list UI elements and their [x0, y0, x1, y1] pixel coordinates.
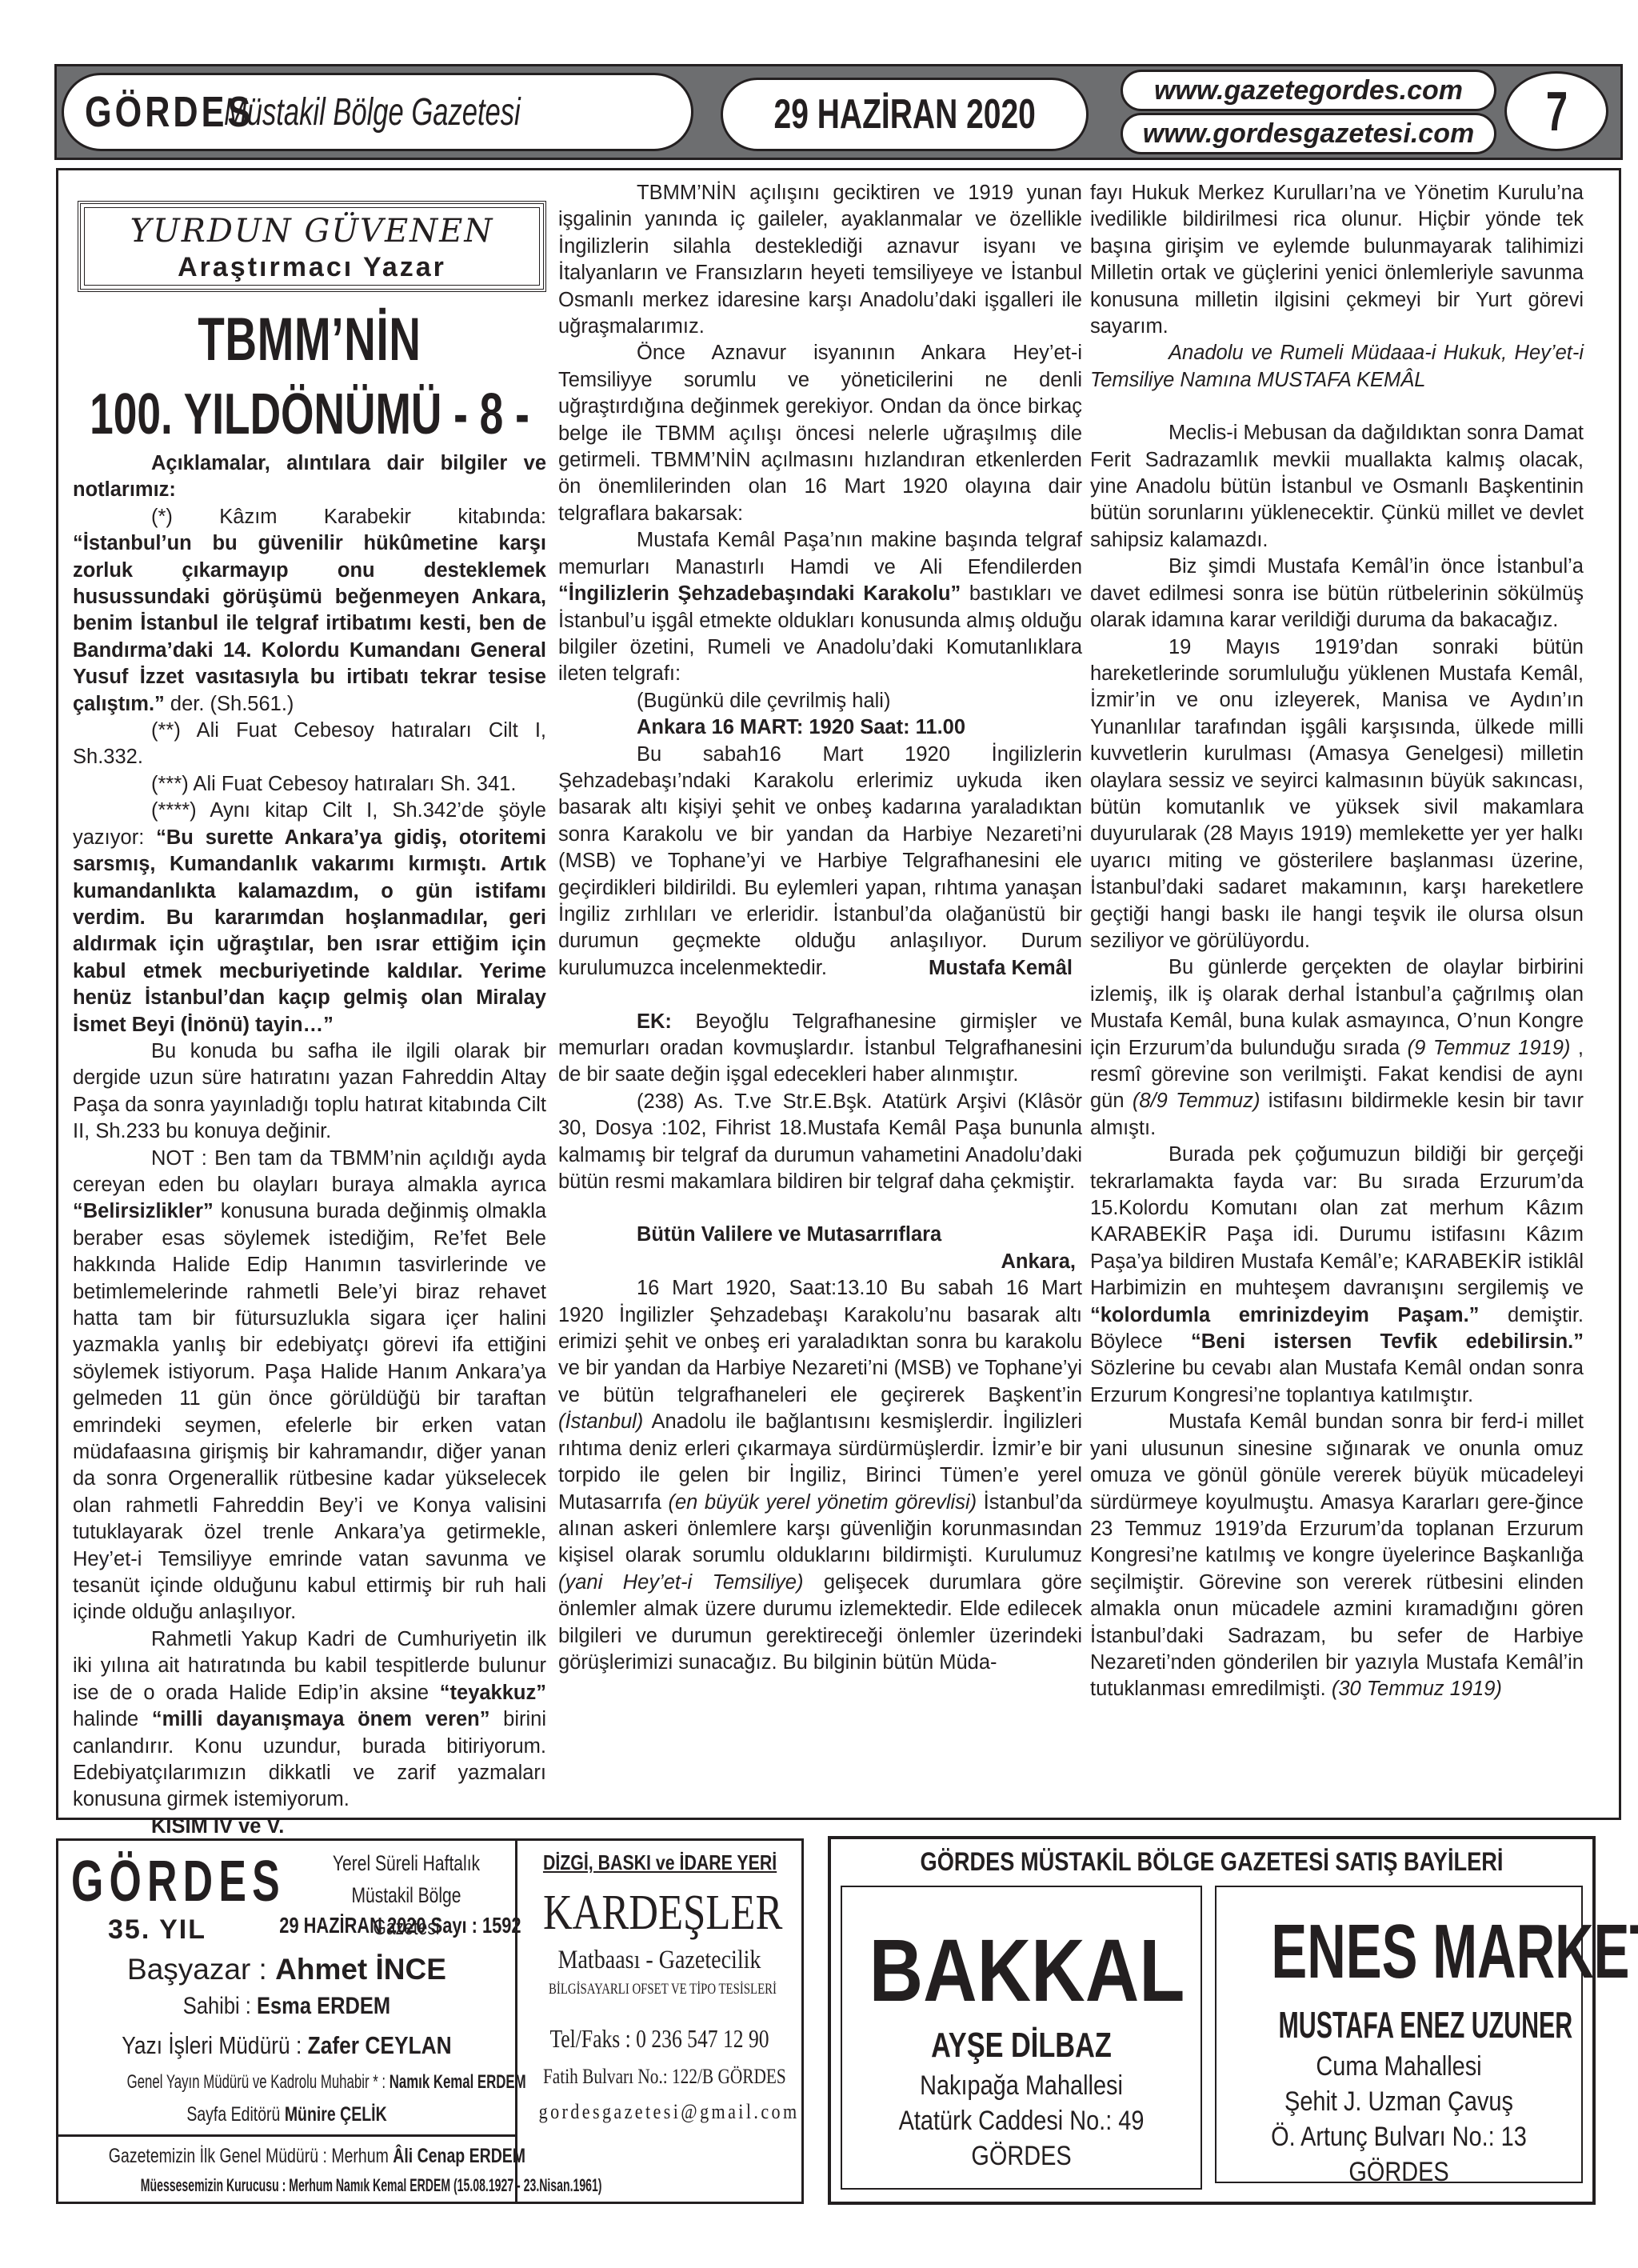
- dealer-card: BAKKAL AYŞE DİLBAZ Nakıpağa Mahallesi At…: [841, 1886, 1202, 2190]
- imprint-general-manager: Genel Yayın Müdürü ve Kadrolu Muhabir * …: [127, 2071, 447, 2094]
- printer-name: KARDEŞLER: [543, 1883, 776, 1942]
- page-number-text: 7: [1545, 79, 1567, 143]
- printer-box: DİZGİ, BASKI ve İDARE YERİ KARDEŞLER Mat…: [517, 1838, 804, 2204]
- dealer-address-line: GÖRDES: [1244, 2154, 1554, 2190]
- issue-date-text: 29 HAZİRAN 2020: [773, 90, 1035, 138]
- paragraph: Burada pek çoğumuzun bildiği bir gerçeği…: [1090, 1142, 1584, 1409]
- column-subtitle: Araştırmacı Yazar: [81, 252, 543, 282]
- paragraph: fayı Hukuk Merkez Kurulları’na ve Yöneti…: [1090, 180, 1584, 340]
- paragraph: (238) As. T.ve Str.E.Bşk. Atatürk Arşivi…: [558, 1089, 1082, 1196]
- dealer-name: ENES MARKET: [1271, 1908, 1526, 1996]
- paragraph: EK: Beyoğlu Telgrafhanesine girmişler ve…: [558, 1009, 1082, 1089]
- paragraph: 19 Mayıs 1919’dan sonraki bütün hareketl…: [1090, 634, 1584, 955]
- dealers-box: GÖRDES MÜSTAKİL BÖLGE GAZETESİ SATIŞ BAY…: [828, 1836, 1596, 2205]
- website-2-text[interactable]: www.gordesgazetesi.com: [1143, 118, 1474, 150]
- imprint-page-editor: Sayfa Editörü Münire ÇELİK: [109, 2103, 465, 2126]
- article-column-middle: TBMM’NİN açılışını geciktiren ve 1919 yu…: [558, 180, 1082, 1676]
- printer-phone: Tel/Faks : 0 236 547 12 90: [546, 2021, 773, 2056]
- paragraph: Mustafa Kemâl bundan sonra bir ferd-i mi…: [1090, 1409, 1584, 1702]
- column-header-box: YURDUN GÜVENEN Araştırmacı Yazar: [78, 201, 546, 292]
- imprint-brand: GÖRDES: [71, 1849, 286, 1914]
- dealer-address-line: Atatürk Caddesi No.: 49: [869, 2103, 1174, 2138]
- divider: [58, 2134, 515, 2137]
- article-column-left: YURDUN GÜVENEN Araştırmacı Yazar TBMM’Nİ…: [73, 180, 546, 1840]
- paragraph: Rahmetli Yakup Kadri de Cumhuriyetin ilk…: [73, 1626, 546, 1814]
- column-title: YURDUN GÜVENEN: [81, 210, 543, 252]
- masthead: GÖRDES Müstakil Bölge Gazetesi 29 HAZİRA…: [54, 64, 1623, 160]
- dealer-address-line: Nakıpağa Mahallesi: [869, 2068, 1174, 2103]
- website-link-2[interactable]: www.gordesgazetesi.com: [1121, 113, 1496, 154]
- paragraph: TBMM’NİN açılışını geciktiren ve 1919 yu…: [558, 180, 1082, 340]
- paragraph: (Bugünkü dile çevrilmiş hali): [558, 688, 1082, 714]
- paragraph: NOT : Ben tam da TBMM’nin açıldığı ayda …: [73, 1146, 546, 1626]
- masthead-title: GÖRDES Müstakil Bölge Gazetesi: [62, 73, 693, 151]
- issue-date: 29 HAZİRAN 2020: [721, 78, 1089, 151]
- printer-heading: DİZGİ, BASKI ve İDARE YERİ: [543, 1850, 776, 1875]
- imprint-box: GÖRDES 35. YIL Yerel Süreli Haftalık Müs…: [56, 1838, 517, 2204]
- telegram-origin: Ankara,: [558, 1249, 1082, 1275]
- printer-email[interactable]: gordesgazetesi@gmail.com: [539, 2098, 781, 2126]
- dealer-address-line: Cuma Mahallesi: [1244, 2049, 1554, 2084]
- imprint-chief-writer: Başyazar : Ahmet İNCE: [58, 1953, 515, 1986]
- telegram-recipients: Bütün Valilere ve Mutasarrıflara: [558, 1222, 1082, 1248]
- series-closing: KISIM IV ve V.: [73, 1814, 546, 1840]
- article-column-right: fayı Hukuk Merkez Kurulları’na ve Yöneti…: [1090, 180, 1584, 1703]
- website-link-1[interactable]: www.gazetegordes.com: [1121, 70, 1496, 111]
- paragraph: Bu konuda bu safha ile ilgili olarak bir…: [73, 1038, 546, 1146]
- headline: TBMM’NİN: [139, 302, 480, 378]
- paragraph: (****) Aynı kitap Cilt I, Sh.342’de şöyl…: [73, 798, 546, 1038]
- imprint-editor: Yazı İşleri Müdürü : Zafer CEYLAN: [93, 2031, 481, 2060]
- paragraph: Açıklamalar, alıntılara dair bilgiler ve…: [73, 450, 546, 504]
- paragraph: 16 Mart 1920, Saat:13.10 Bu sabah 16 Mar…: [558, 1275, 1082, 1676]
- paragraph: (*) Kâzım Karabekir kitabında: “İstanbul…: [73, 504, 546, 718]
- dealer-address-line: Şehit J. Uzman Çavuş: [1244, 2084, 1554, 2119]
- signature-block: Anadolu ve Rumeli Müdaaa-i Hukuk, Hey’et…: [1090, 340, 1584, 394]
- paragraph: Biz şimdi Mustafa Kemâl’in önce İstanbul…: [1090, 554, 1584, 634]
- imprint-first-gm: Gazetemizin İlk Genel Müdürü : Merhum Âl…: [109, 2145, 465, 2168]
- paragraph: Önce Aznavur isyanının Ankara Hey’et-i T…: [558, 340, 1082, 527]
- dealer-owner: AYŞE DİLBAZ: [881, 2023, 1161, 2068]
- imprint-owner: Sahibi : Esma ERDEM: [93, 1993, 481, 2020]
- paragraph: Bu sabah16 Mart 1920 İngilizlerin Şehzad…: [558, 742, 1082, 982]
- article: YURDUN GÜVENEN Araştırmacı Yazar TBMM’Nİ…: [56, 168, 1621, 1820]
- printer-facilities: BİLGİSAYARLI OFSET VE TİPO TESİSLERİ: [549, 1978, 770, 2002]
- paragraph: (***) Ali Fuat Cebesoy hatıraları Sh. 34…: [73, 771, 546, 798]
- paragraph: Meclis-i Mebusan da dağıldıktan sonra Da…: [1090, 420, 1584, 554]
- dealers-heading: GÖRDES MÜSTAKİL BÖLGE GAZETESİ SATIŞ BAY…: [888, 1847, 1535, 1877]
- paragraph: Bu günlerde gerçekten de olaylar birbiri…: [1090, 954, 1584, 1142]
- paragraph: (**) Ali Fuat Cebesoy hatıraları Cilt I,…: [73, 718, 546, 771]
- website-1-text[interactable]: www.gazetegordes.com: [1154, 75, 1463, 106]
- dealer-card: ENES MARKET MUSTAFA ENEZ UZUNER Cuma Mah…: [1215, 1886, 1583, 2183]
- dealer-name: BAKKAL: [869, 1919, 1174, 2023]
- paragraph: Mustafa Kemâl Paşa’nın makine başında te…: [558, 527, 1082, 687]
- printer-type: Matbaası - Gazetecilik: [539, 1942, 781, 1978]
- printer-address: Fatih Bulvarı No.: 122/B GÖRDES: [543, 2056, 776, 2098]
- newspaper-subtitle: Müstakil Bölge Gazetesi: [224, 90, 521, 134]
- dealer-address-line: GÖRDES: [869, 2138, 1174, 2174]
- dealer-address-line: Ö. Artunç Bulvarı No.: 13: [1244, 2119, 1554, 2154]
- imprint-type-1: Yerel Süreli Haftalık: [329, 1847, 485, 1879]
- imprint-issue: 29 HAZİRAN 2020 Sayı : 1592: [279, 1913, 485, 1938]
- imprint-year: 35. YIL: [108, 1914, 206, 1946]
- telegram-header: Ankara 16 MART: 1920 Saat: 11.00: [558, 714, 1082, 741]
- dealer-owner: MUSTAFA ENEZ UZUNER: [1279, 2001, 1520, 2049]
- imprint-founder: Müessesemizin Kurucusu : Merhum Namık Ke…: [141, 2175, 433, 2196]
- headline-sub: 100. YILDÖNÜMÜ - 8 -: [87, 378, 532, 450]
- page-number: 7: [1504, 71, 1608, 151]
